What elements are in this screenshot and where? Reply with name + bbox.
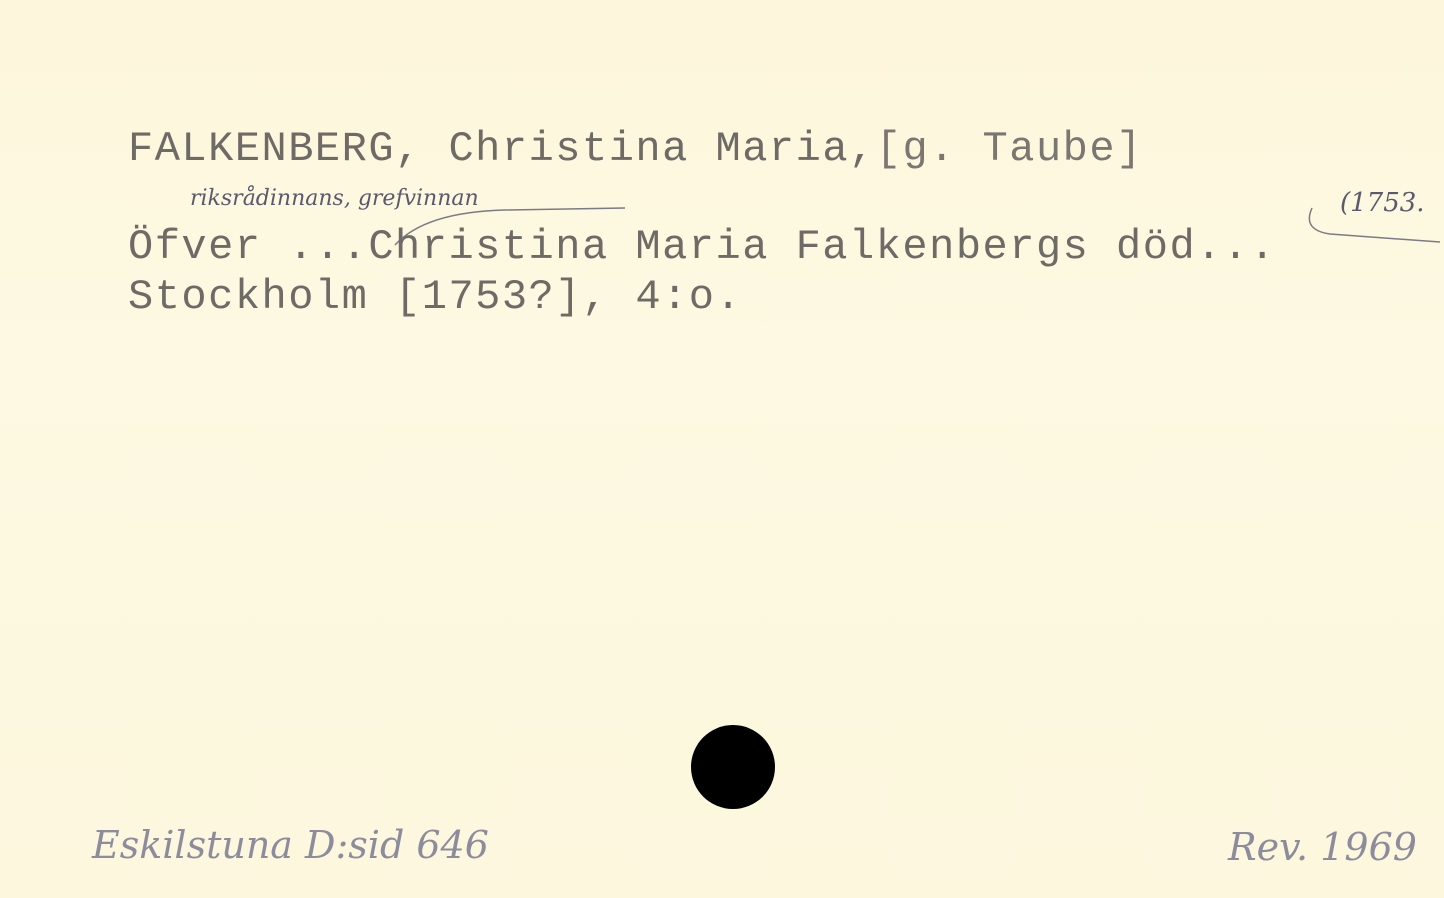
date-note-bracket bbox=[1300, 200, 1444, 250]
married-name-note: [g. Taube] bbox=[876, 125, 1143, 173]
heading-given-names: Christina Maria, bbox=[448, 125, 875, 173]
footer-revision-note: Rev. 1969 bbox=[1228, 828, 1417, 866]
footer-location-note: Eskilstuna D:sid 646 bbox=[92, 826, 489, 864]
title-line: Öfver ...Christina Maria Falkenbergs död… bbox=[128, 226, 1276, 268]
imprint-line: Stockholm [1753?], 4:o. bbox=[128, 276, 742, 318]
catalog-card: FALKENBERG, Christina Maria,[g. Taube] r… bbox=[0, 0, 1444, 898]
heading-surname: FALKENBERG, bbox=[128, 125, 422, 173]
heading-line: FALKENBERG, Christina Maria,[g. Taube] bbox=[128, 128, 1143, 170]
punch-hole bbox=[691, 725, 775, 809]
